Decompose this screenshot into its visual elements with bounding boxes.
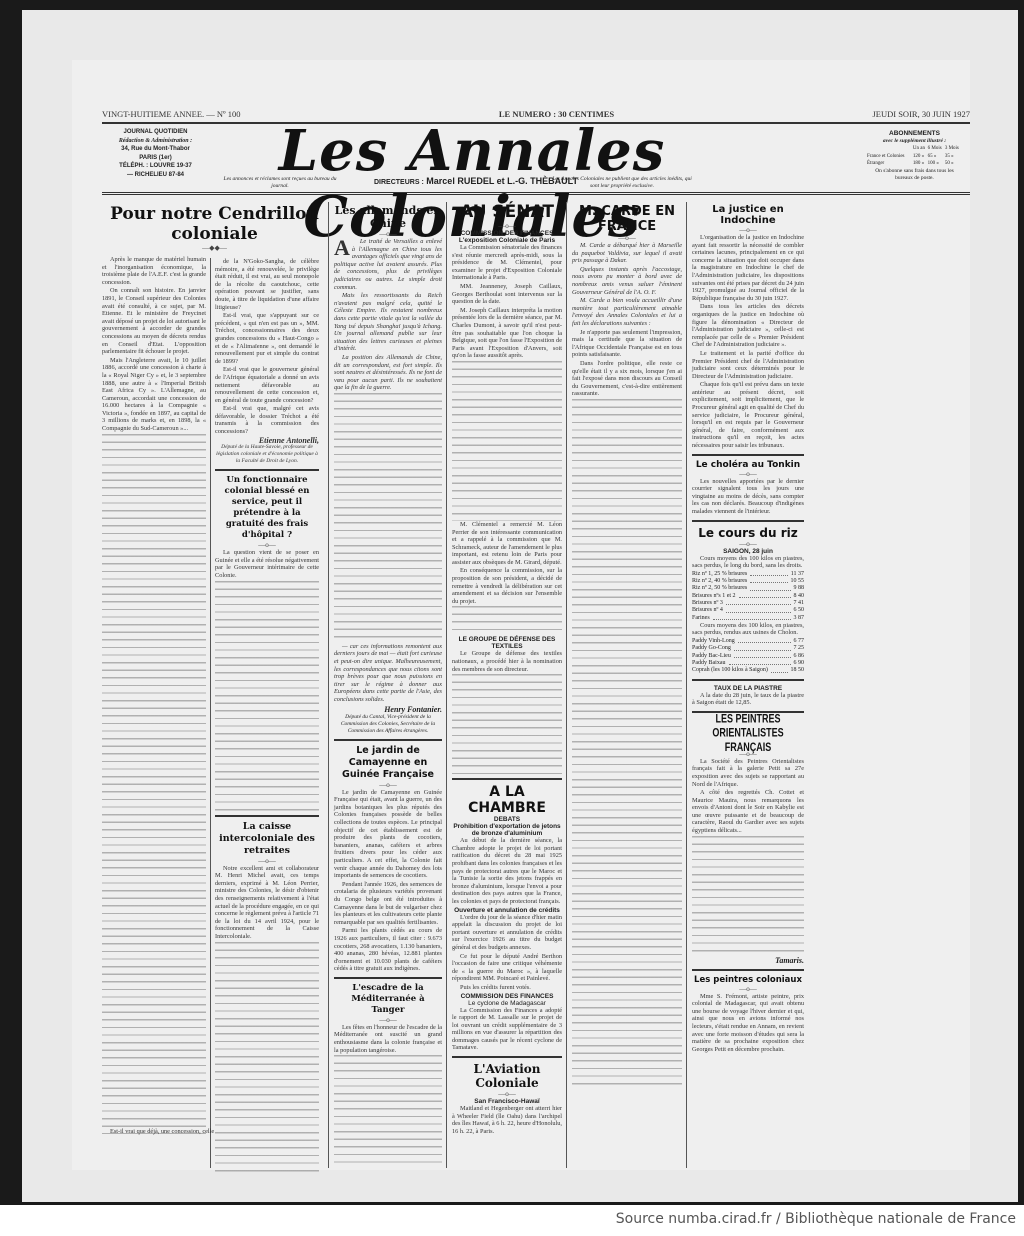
riz-intro-1: Cours moyens des 100 kilos en piastres, …	[692, 555, 804, 570]
price-row: Riz nº 2, 50 % brisures9 88	[692, 585, 804, 592]
price-row: Brisures nº 46 50	[692, 607, 804, 614]
address-city: PARIS (1er)	[108, 154, 203, 163]
price-row: Paddy Vinh-Long6 77	[692, 638, 804, 645]
masthead: JOURNAL QUOTIDIEN Rédaction & Administra…	[102, 122, 970, 195]
chambre-subhead-debats: DEBATS	[452, 816, 562, 823]
article-camayenne: Le jardin de Camayenne en Guinée Françai…	[334, 789, 442, 973]
cendrillon-closing: Est-il vrai que déjà, une concession, ce…	[102, 1128, 322, 1137]
article-textiles: Le Groupe de défense des textiles nation…	[452, 650, 562, 774]
article-carde: M. Carde a débarqué hier à Marseille du …	[572, 242, 682, 1089]
headline-peintres-coloniaux: Les peintres coloniaux	[692, 975, 804, 985]
newspaper-scan: VINGT-HUITIEME ANNEE. — Nº 100 LE NUMERO…	[72, 60, 970, 1170]
issue-date: JEUDI SOIR, 30 JUIN 1927	[872, 109, 970, 119]
signature-tamaris: Tamaris.	[692, 956, 804, 965]
riz-intro-2: Cours moyens des 100 kilos, en piastres,…	[692, 622, 804, 637]
price-row: Paddy Bac-Lieu6 86	[692, 653, 804, 660]
headline-cendrillon: Pour notre Cendrillon coloniale	[102, 204, 327, 244]
headline-carde: M. CARDE EN FRANCE	[572, 204, 682, 234]
headline-allemands: Les allemands en Chine	[334, 204, 442, 230]
subscriptions-box: ABONNEMENTS avec le supplément illustré …	[867, 130, 962, 183]
directors-label: DIRECTEURS :	[374, 179, 424, 186]
price-row: Brisures nº 37 41	[692, 600, 804, 607]
article-cyclone: La Commission des Finances a adopté le r…	[452, 1007, 562, 1053]
headline-riz: Le cours du riz	[692, 526, 804, 540]
rice-prices-table: Riz nº 1, 25 % brisures11 37Riz nº 2, 40…	[692, 571, 804, 622]
article-cholera: Les nouvelles apportées par le dernier c…	[692, 478, 804, 516]
paddy-prices-table: Paddy Vinh-Long6 77Paddy Go-Cong7 25Padd…	[692, 638, 804, 674]
article-senat: La Commission sénatoriale des finances s…	[452, 244, 562, 636]
price-row: Riz nº 2, 40 % brisures10 55	[692, 578, 804, 585]
subscriptions-table: Un an 6 Mois 3 Mois France et Colonies 1…	[867, 145, 962, 168]
headline-chambre: A LA CHAMBRE	[452, 784, 562, 816]
phone-2: — RICHELIEU 87-84	[108, 171, 203, 180]
phone-1: TÉLÉPH. : LOUVRE 19-37	[108, 162, 203, 171]
riz-dateline: SAIGON, 28 juin	[692, 548, 804, 555]
headline-piastre: TAUX DE LA PIASTRE	[692, 685, 804, 692]
article-cendrillon-col1: Après le manque de matériel humain et l'…	[102, 256, 206, 1134]
senat-subhead-commission: COMMISSION DES FINANCES	[452, 230, 562, 237]
headline-camayenne: Le jardin de Camayenne en Guinée Françai…	[334, 745, 442, 781]
senat-subhead-exposition: L'exposition Coloniale de Paris	[452, 237, 562, 244]
column-cendrillon: Pour notre Cendrillon coloniale —◆◆— Apr…	[102, 198, 322, 1168]
article-justice: L'organisation de la justice en Indochin…	[692, 234, 804, 450]
chambre-subhead-jetons: Prohibition d'exportation de jetons de b…	[452, 823, 562, 837]
headline-aviation: L'Aviation Coloniale	[452, 1062, 562, 1090]
column-allemands: Les allemands en Chine —o— A Le traité d…	[334, 198, 442, 1168]
chambre-subhead-credits: Ouverture et annulation de crédits	[452, 907, 562, 914]
columns: Pour notre Cendrillon coloniale —◆◆— Apr…	[102, 198, 970, 1168]
aviation-subhead: San Francisco-Hawaï	[452, 1098, 562, 1105]
chambre-subhead-cyclone: Le cyclone de Madagascar	[452, 1000, 562, 1007]
chambre-subhead-finances: COMMISSION DES FINANCES	[452, 993, 562, 1000]
headline-fonctionnaire: Un fonctionnaire colonial blessé en serv…	[215, 475, 319, 541]
journal-type: JOURNAL QUOTIDIEN	[108, 128, 203, 137]
headline-justice: La justice en Indochine	[692, 204, 804, 226]
headline-escadre: L'escadre de la Méditerranée à Tanger	[334, 983, 442, 1016]
dropcap: A	[334, 238, 350, 258]
article-cendrillon-col2: de la N'Goko-Sangha, de célèbre mémoire,…	[215, 258, 319, 1172]
signature-fontanier: Henry Fontanier.	[334, 705, 442, 714]
column-indochine: La justice en Indochine —o— L'organisati…	[692, 198, 804, 1168]
article-chambre: Au début de la dernière séance, la Chamb…	[452, 837, 562, 905]
document-viewer: VINGT-HUITIEME ANNEE. — Nº 100 LE NUMERO…	[0, 0, 1024, 1205]
headline-orientalistes: LES PEINTRES ORIENTALISTES FRANÇAIS	[692, 712, 804, 755]
article-aviation: Maitland et Hegenberger ont atterri hier…	[452, 1105, 562, 1135]
signature-fontanier-title: Député du Cantal, Vice-président de la C…	[334, 714, 442, 735]
editorial-address-box: JOURNAL QUOTIDIEN Rédaction & Administra…	[108, 128, 203, 179]
price-row: Coprah (les 100 kilos à Saigon)18 50	[692, 667, 804, 674]
signature-antonelli-title: Député de la Haute-Savoie, professeur de…	[215, 444, 319, 465]
article-allemands: A Le traité de Versailles a enlevé à l'A…	[334, 238, 442, 704]
article-orientalistes: La Société des Peintres Orientalistes fr…	[692, 758, 804, 956]
price-row: Riz nº 1, 25 % brisures11 37	[692, 571, 804, 578]
exclusivity-notice: Les Annales Coloniales ne publient que d…	[552, 176, 692, 190]
senat-subhead-textiles: LE GROUPE DE DÉFENSE DES TEXTILES	[452, 636, 562, 650]
newspaper-page: VINGT-HUITIEME ANNEE. — Nº 100 LE NUMERO…	[22, 10, 1018, 1202]
subscriptions-note: On s'abonne sans frais dans tous les bur…	[867, 168, 962, 183]
ads-notice: Les annonces et réclames sont reçues au …	[220, 176, 340, 190]
headline-caisse: La caisse intercoloniale des retraites	[215, 821, 319, 857]
redaction-label: Rédaction & Administration :	[108, 137, 203, 146]
column-carde: M. CARDE EN FRANCE —o— M. Carde a débarq…	[572, 198, 682, 1168]
article-credits: L'ordre du jour de la séance d'hier mati…	[452, 914, 562, 992]
headline-cholera: Le choléra au Tonkin	[692, 460, 804, 470]
article-escadre: Les fêtes en l'honneur de l'escadre de l…	[334, 1024, 442, 1165]
price-row: Farines3 87	[692, 615, 804, 622]
price-row: Brisures nºs 1 et 28 40	[692, 593, 804, 600]
address-street: 34, Rue du Mont-Thabor	[108, 145, 203, 154]
article-peintres-coloniaux: Mme S. Frémont, artiste peintre, prix co…	[692, 993, 804, 1054]
column-parlement: AU SÉNAT —o— COMMISSION DES FINANCES L'e…	[452, 198, 562, 1168]
directors: DIRECTEURS : Marcel RUEDEL et L.-G. THÈB…	[374, 176, 578, 186]
headline-senat: AU SÉNAT	[452, 202, 562, 222]
subscriptions-title: ABONNEMENTS	[867, 130, 962, 138]
source-attribution: Source numba.cirad.fr / Bibliothèque nat…	[0, 1205, 1016, 1236]
price-row: Paddy Go-Cong7 25	[692, 645, 804, 652]
subscriptions-subtitle: avec le supplément illustré :	[867, 138, 962, 146]
article-piastre: A la date du 28 juin, le taux de la pias…	[692, 692, 804, 707]
